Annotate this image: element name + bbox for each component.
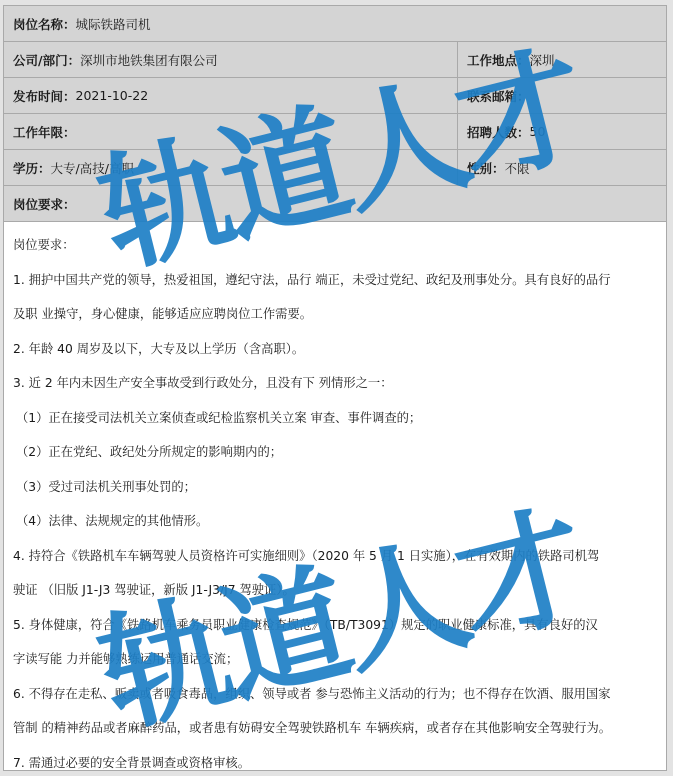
row-education: 学历： 大专/高技/高职 性别： 不限 — [4, 150, 666, 186]
location-label: 工作地点： — [467, 51, 530, 69]
row-requirements-header: 岗位要求： — [4, 186, 666, 222]
education-value: 大专/高技/高职 — [51, 159, 134, 177]
requirements-body: 岗位要求： 1. 拥护中国共产党的领导，热爱祖国，遵纪守法，品行 端正，未受过党… — [4, 222, 666, 771]
headcount-label: 招聘人数： — [467, 123, 530, 141]
requirements-line: 3. 近 2 年内未因生产安全事故受到行政处分，且没有下 列情形之一： — [13, 366, 657, 401]
headcount-value: 50 — [530, 124, 546, 139]
requirements-line: 4. 持符合《铁路机车车辆驾驶人员资格许可实施细则》（2020 年 5 月 1 … — [13, 539, 657, 574]
education-cell: 学历： 大专/高技/高职 — [4, 150, 458, 185]
location-value: 深圳 — [530, 51, 555, 69]
years-cell: 工作年限： — [4, 114, 458, 149]
date-label: 发布时间： — [13, 87, 76, 105]
requirements-line: 5. 身体健康，符合《铁路机车乘务员职业健康检查规范》（TB/T3091）规定的… — [13, 608, 657, 643]
row-years: 工作年限： 招聘人数： 50 — [4, 114, 666, 150]
requirements-line: 驶证 （旧版 J1-J3 驾驶证，新版 J1-J3/J7 驾驶证）。 — [13, 573, 657, 608]
row-title: 岗位名称： 城际铁路司机 — [4, 6, 666, 42]
company-label: 公司/部门： — [13, 51, 80, 69]
job-detail-card: 岗位名称： 城际铁路司机 公司/部门： 深圳市地铁集团有限公司 工作地点： 深圳… — [3, 5, 667, 771]
headcount-cell: 招聘人数： 50 — [458, 114, 666, 149]
job-title-label: 岗位名称： — [13, 15, 76, 33]
job-title-value: 城际铁路司机 — [76, 15, 151, 33]
requirements-line: 岗位要求： — [13, 228, 657, 263]
requirements-line: 及职 业操守，身心健康，能够适应应聘岗位工作需要。 — [13, 297, 657, 332]
job-title-cell: 岗位名称： 城际铁路司机 — [4, 6, 666, 41]
requirements-line: 1. 拥护中国共产党的领导，热爱祖国，遵纪守法，品行 端正，未受过党纪、政纪及刑… — [13, 263, 657, 298]
education-label: 学历： — [13, 159, 51, 177]
company-cell: 公司/部门： 深圳市地铁集团有限公司 — [4, 42, 458, 77]
date-value: 2021-10-22 — [76, 88, 149, 103]
requirements-line: （4）法律、法规规定的其他情形。 — [13, 504, 657, 539]
email-cell: 联系邮箱： — [458, 78, 666, 113]
requirements-header-cell: 岗位要求： — [4, 186, 666, 221]
requirements-line: （2）正在党纪、政纪处分所规定的影响期内的； — [13, 435, 657, 470]
date-cell: 发布时间： 2021-10-22 — [4, 78, 458, 113]
row-company: 公司/部门： 深圳市地铁集团有限公司 工作地点： 深圳 — [4, 42, 666, 78]
requirements-line: （1）正在接受司法机关立案侦查或纪检监察机关立案 审查、事件调查的； — [13, 401, 657, 436]
requirements-line: 2. 年龄 40 周岁及以下，大专及以上学历（含高职）。 — [13, 332, 657, 367]
gender-cell: 性别： 不限 — [458, 150, 666, 185]
location-cell: 工作地点： 深圳 — [458, 42, 666, 77]
requirements-line: 管制 的精神药品或者麻醉药品，或者患有妨碍安全驾驶铁路机车 车辆疾病，或者存在其… — [13, 711, 657, 746]
company-value: 深圳市地铁集团有限公司 — [80, 51, 218, 69]
row-date: 发布时间： 2021-10-22 联系邮箱： — [4, 78, 666, 114]
requirements-line: （3）受过司法机关刑事处罚的； — [13, 470, 657, 505]
gender-label: 性别： — [467, 159, 505, 177]
requirements-label: 岗位要求： — [13, 195, 76, 213]
years-label: 工作年限： — [13, 123, 76, 141]
requirements-line: 6. 不得存在走私、贩卖或者吸食毒品，组织、领导或者 参与恐怖主义活动的行为；也… — [13, 677, 657, 712]
gender-value: 不限 — [505, 159, 530, 177]
requirements-line: 字读写能 力并能够熟练运用普通话交流； — [13, 642, 657, 677]
email-label: 联系邮箱： — [467, 87, 530, 105]
requirements-line: 7. 需通过必要的安全背景调查或资格审核。 — [13, 746, 657, 772]
